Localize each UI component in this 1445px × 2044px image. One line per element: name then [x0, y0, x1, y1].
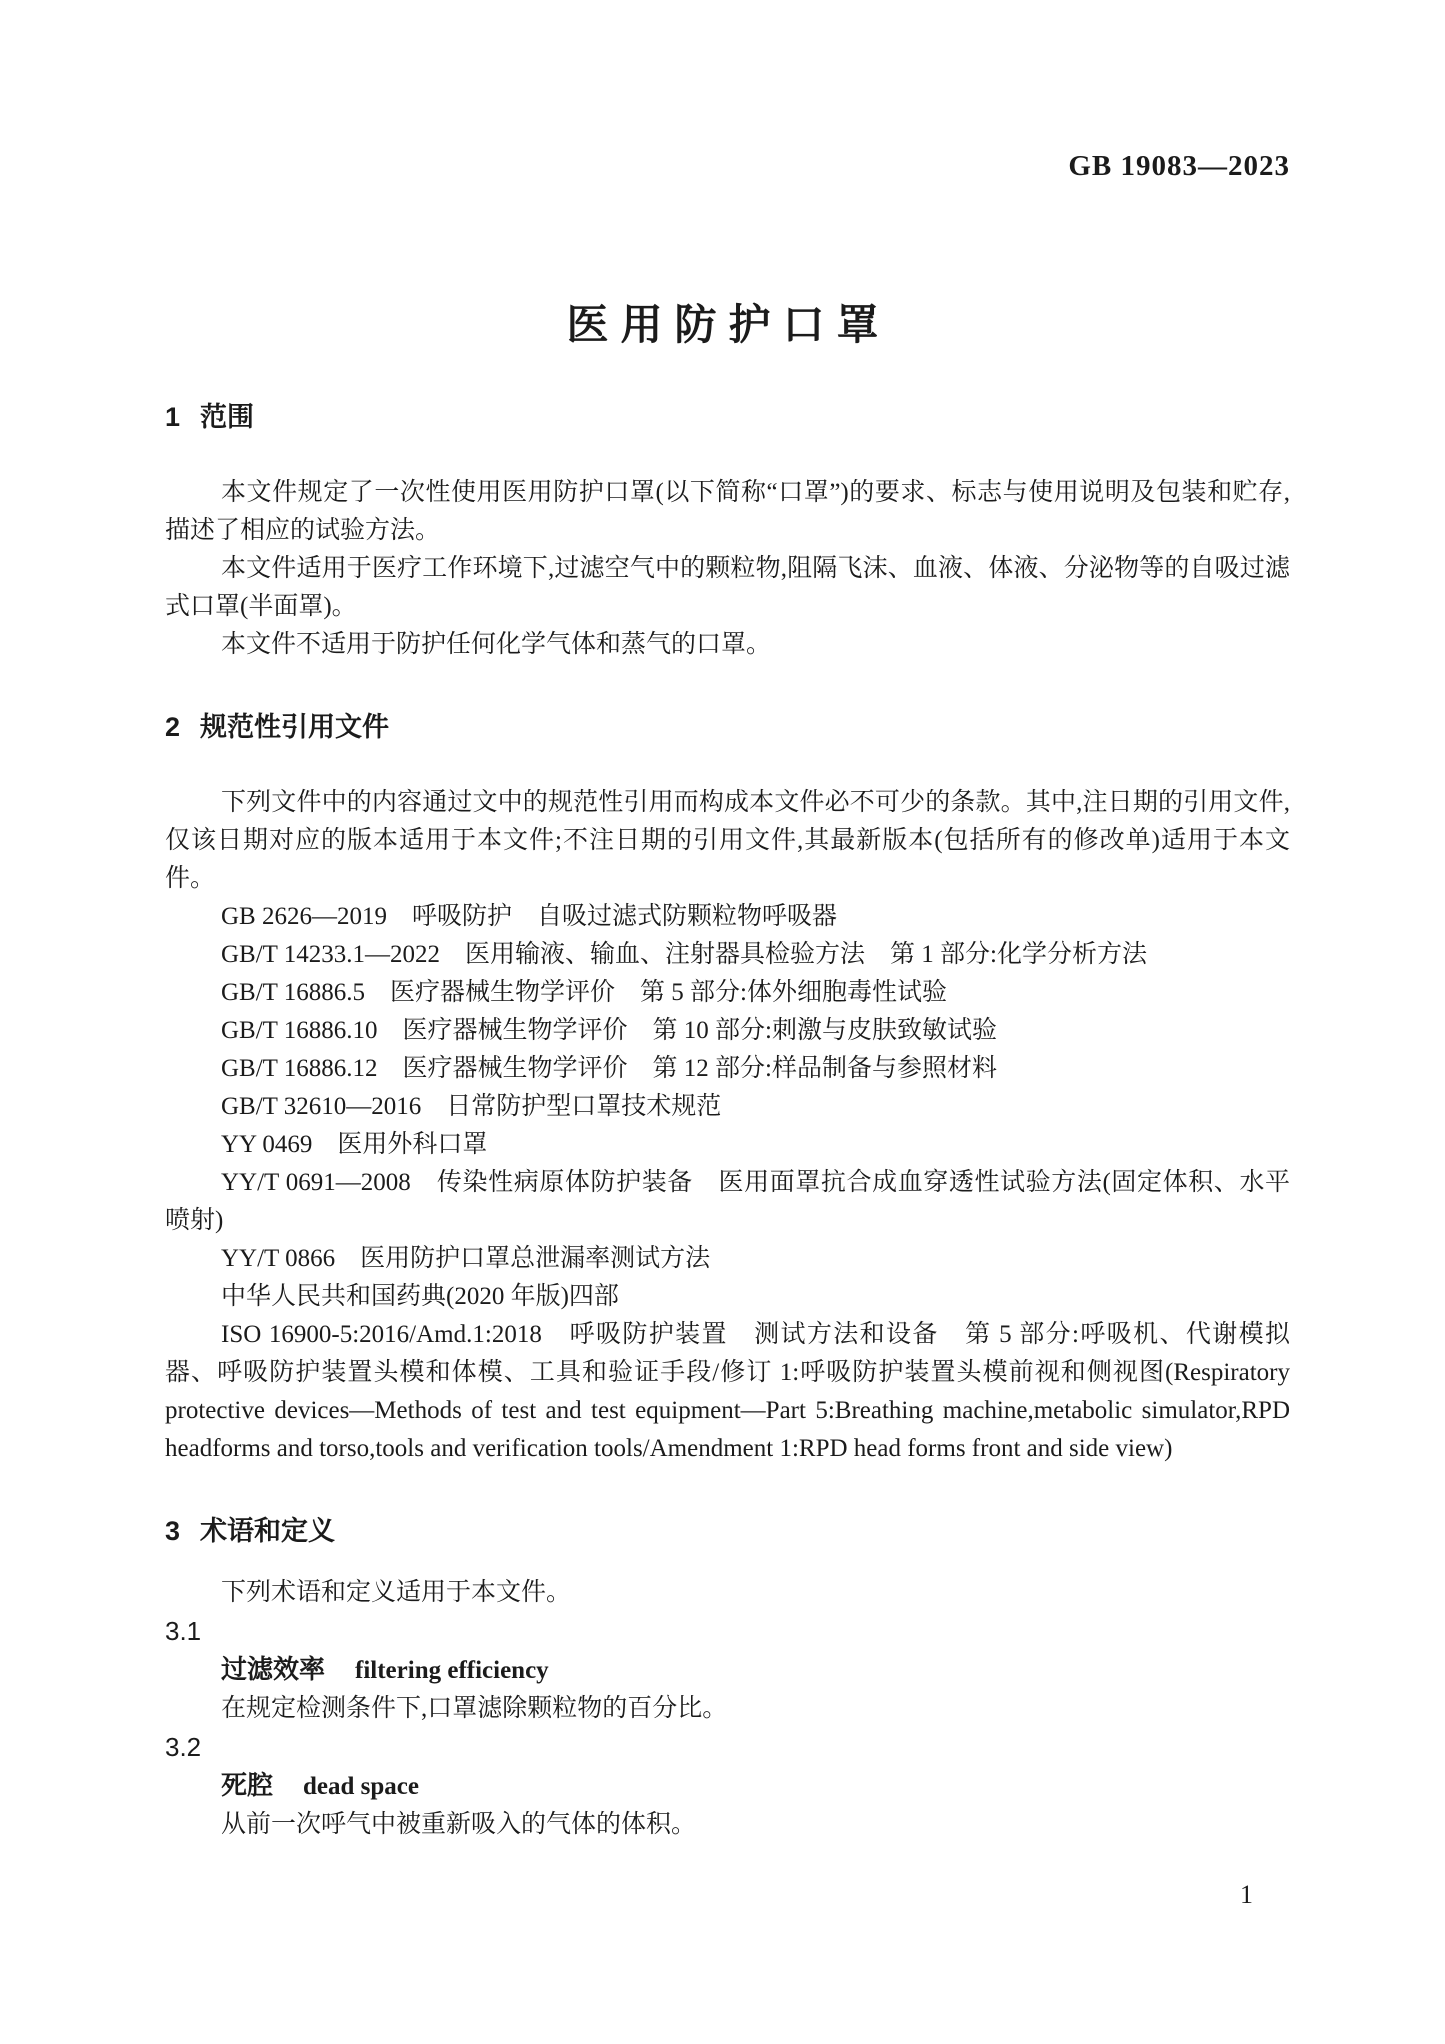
- paragraph: 本文件不适用于防护任何化学气体和蒸气的口罩。: [165, 626, 1290, 664]
- reference-item: YY 0469 医用外科口罩: [165, 1126, 1290, 1164]
- reference-item: YY/T 0691—2008 传染性病原体防护装备 医用面罩抗合成血穿透性试验方…: [165, 1164, 1290, 1240]
- section-3-heading: 3术语和定义: [165, 1512, 1290, 1550]
- page-number: 1: [1240, 1876, 1253, 1914]
- reference-item: YY/T 0866 医用防护口罩总泄漏率测试方法: [165, 1240, 1290, 1278]
- section-1-number: 1: [165, 398, 180, 436]
- document-page: GB 19083—2023 医用防护口罩 1范围 本文件规定了一次性使用医用防护…: [0, 0, 1445, 2044]
- section-1-title: 范围: [200, 402, 254, 432]
- paragraph: 下列术语和定义适用于本文件。: [165, 1574, 1290, 1612]
- term-definition: 从前一次呼气中被重新吸入的气体的体积。: [165, 1806, 1290, 1844]
- reference-item: GB/T 16886.5 医疗器械生物学评价 第 5 部分:体外细胞毒性试验: [165, 974, 1290, 1012]
- paragraph: 本文件适用于医疗工作环境下,过滤空气中的颗粒物,阻隔飞沫、血液、体液、分泌物等的…: [165, 550, 1290, 626]
- reference-item: GB 2626—2019 呼吸防护 自吸过滤式防颗粒物呼吸器: [165, 898, 1290, 936]
- reference-item: GB/T 32610—2016 日常防护型口罩技术规范: [165, 1088, 1290, 1126]
- section-2-title: 规范性引用文件: [200, 712, 389, 742]
- section-2-heading: 2规范性引用文件: [165, 708, 1290, 746]
- reference-item: ISO 16900-5:2016/Amd.1:2018 呼吸防护装置 测试方法和…: [165, 1316, 1290, 1468]
- term-en: filtering efficiency: [355, 1657, 549, 1684]
- section-3-number: 3: [165, 1512, 180, 1550]
- section-2-number: 2: [165, 708, 180, 746]
- term-entry: 死腔dead space: [165, 1766, 1290, 1806]
- paragraph: 下列文件中的内容通过文中的规范性引用而构成本文件必不可少的条款。其中,注日期的引…: [165, 784, 1290, 898]
- term-number: 3.2: [165, 1728, 1290, 1766]
- reference-item: GB/T 16886.12 医疗器械生物学评价 第 12 部分:样品制备与参照材…: [165, 1050, 1290, 1088]
- term-entry: 过滤效率filtering efficiency: [165, 1650, 1290, 1690]
- document-body: 1范围 本文件规定了一次性使用医用防护口罩(以下简称“口罩”)的要求、标志与使用…: [165, 398, 1290, 1844]
- standard-code: GB 19083—2023: [1068, 150, 1290, 183]
- term-zh: 死腔: [221, 1770, 273, 1800]
- section-1-heading: 1范围: [165, 398, 1290, 436]
- reference-item: 中华人民共和国药典(2020 年版)四部: [165, 1278, 1290, 1316]
- document-title: 医用防护口罩: [0, 292, 1445, 352]
- section-3-title: 术语和定义: [200, 1516, 335, 1546]
- reference-item: GB/T 14233.1—2022 医用输液、输血、注射器具检验方法 第 1 部…: [165, 936, 1290, 974]
- term-definition: 在规定检测条件下,口罩滤除颗粒物的百分比。: [165, 1690, 1290, 1728]
- reference-item: GB/T 16886.10 医疗器械生物学评价 第 10 部分:刺激与皮肤致敏试…: [165, 1012, 1290, 1050]
- term-en: dead space: [303, 1773, 419, 1800]
- term-number: 3.1: [165, 1612, 1290, 1650]
- paragraph: 本文件规定了一次性使用医用防护口罩(以下简称“口罩”)的要求、标志与使用说明及包…: [165, 474, 1290, 550]
- term-zh: 过滤效率: [221, 1654, 325, 1684]
